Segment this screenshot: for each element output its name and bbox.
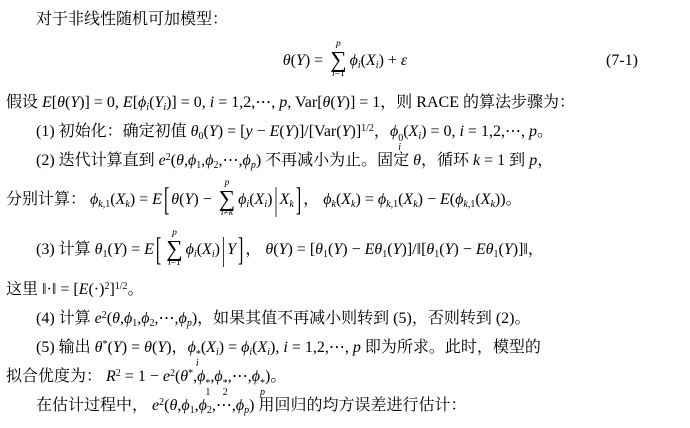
math-run: θ bbox=[95, 241, 103, 258]
math-run: (2) bbox=[496, 310, 515, 327]
math-run: ϕ bbox=[350, 52, 358, 69]
math-run: (X bbox=[249, 191, 264, 208]
math-run: X bbox=[280, 191, 290, 208]
cjk-text: 迭代计算直到 bbox=[59, 152, 159, 169]
math-run: ) + ε bbox=[379, 52, 408, 69]
line-content: (5) 输出 θ*(Y) = θ(Y)，ϕ*i(Xi) = ϕi(Xi), i … bbox=[36, 339, 541, 356]
cjk-text: ， bbox=[537, 152, 553, 169]
math-run: (Y bbox=[149, 94, 163, 111]
text-line: 在估计过程中， e2(θ,ϕ1,ϕ2,⋯,ϕp) 用回归的均方误差进行估计： bbox=[6, 391, 684, 420]
math-run: ,ϕ bbox=[193, 368, 205, 385]
math-run: ) bbox=[267, 191, 272, 208]
math-run: ϕ bbox=[188, 339, 196, 356]
subscript: k,1 bbox=[98, 199, 110, 210]
math-run: ,⋯,ϕ bbox=[219, 152, 251, 169]
math-run: (θ,ϕ bbox=[164, 397, 189, 414]
sigma-glyph: ∑ bbox=[330, 49, 346, 70]
line-content: 对于非线性随机可加模型： bbox=[36, 11, 228, 28]
line-content: 假设 E[θ(Y)] = 0, E[ϕi(Yi)] = 0, i = 1,2,⋯… bbox=[6, 94, 575, 111]
math-run: ,ϕ bbox=[137, 310, 149, 327]
math-run: ,⋯,ϕ bbox=[228, 368, 260, 385]
sigma-glyph: ∑ bbox=[166, 238, 182, 259]
conditional-bar: | bbox=[274, 151, 277, 254]
cjk-text: ，如果其值不再减小则转到 bbox=[197, 310, 393, 327]
math-run: ) − E(ϕ bbox=[418, 191, 464, 208]
math-run: (X bbox=[252, 339, 267, 356]
math-run: (Y)]‖ bbox=[499, 241, 528, 258]
subscript: k bbox=[289, 199, 293, 210]
cjk-text: 分别计算： bbox=[6, 191, 90, 208]
line-content: (2) 迭代计算直到 e2(θ,ϕ1,ϕ2,⋯,ϕp) 不再减小为止。固定 θ，… bbox=[36, 152, 553, 169]
math-run: (θ,ϕ bbox=[107, 310, 132, 327]
math-run: ,ϕ bbox=[210, 368, 222, 385]
math-run: (Y) − Eθ bbox=[439, 241, 493, 258]
math-run: = 1 − e bbox=[121, 368, 170, 385]
cjk-text: 到 bbox=[505, 152, 529, 169]
line-content: 拟合优度为： R2 = 1 − e2(θ*,ϕ*1,ϕ*2,⋯,ϕ*p)。 bbox=[6, 368, 286, 385]
math-run: (Y) − Eθ bbox=[328, 241, 382, 258]
math-run: (θ bbox=[175, 368, 188, 385]
math-run: Y bbox=[227, 241, 236, 258]
text-line: (4) 计算 e2(θ,ϕ1,ϕ2,⋯,ϕp)，如果其值不再减小则转到 (5)，… bbox=[6, 304, 684, 333]
math-run: θ(Y) − bbox=[171, 191, 215, 208]
subscript: k,1 bbox=[463, 199, 475, 210]
cjk-text: ，否则转到 bbox=[412, 310, 496, 327]
cjk-text: ， bbox=[528, 241, 544, 258]
line-content: θ(Y) = p∑i=1ϕi(Xi) + ε bbox=[283, 52, 407, 69]
cjk-text: 初始化：确定初值 bbox=[59, 123, 191, 140]
cjk-text: 用回归的均方误差进行估计： bbox=[254, 397, 466, 414]
math-run: ,⋯,ϕ bbox=[212, 397, 244, 414]
math-run: ,ϕ bbox=[195, 397, 207, 414]
cjk-text: 输出 bbox=[59, 339, 95, 356]
math-run: (X bbox=[475, 191, 490, 208]
math-run: (5) bbox=[36, 339, 59, 356]
subscript: k,1 bbox=[386, 199, 398, 210]
document-root: 对于非线性随机可加模型：θ(Y) = p∑i=1ϕi(Xi) + ε(7-1)假… bbox=[0, 0, 690, 420]
text-line: (1) 初始化：确定初值 θ0(Y) = [y − E(Y)]/[Var(Y)]… bbox=[6, 117, 684, 146]
math-run: k = 1 bbox=[473, 152, 505, 169]
text-line: 假设 E[θ(Y)] = 0, E[ϕi(Yi)] = 0, i = 1,2,⋯… bbox=[6, 88, 684, 117]
cjk-text: 即为所求。此时，模型的 bbox=[361, 339, 541, 356]
math-run: ‖·‖ = [E(·) bbox=[42, 281, 104, 298]
text-line: (5) 输出 θ*(Y) = θ(Y)，ϕ*i(Xi) = ϕi(Xi), i … bbox=[6, 333, 684, 362]
summation-symbol: p∑i=1 bbox=[330, 40, 346, 79]
text-line: (3) 计算 θ1(Y) = E[p∑i=1ϕi(Xi)|Y]， θ(Y) = … bbox=[6, 225, 684, 275]
cjk-text: 。 bbox=[506, 191, 522, 208]
math-run: (X bbox=[361, 52, 376, 69]
math-run: (3) bbox=[36, 241, 59, 258]
cjk-text: 。 bbox=[514, 310, 530, 327]
cjk-text: 。 bbox=[537, 123, 553, 140]
math-run: R bbox=[106, 368, 116, 385]
big-bracket: [ bbox=[156, 201, 161, 304]
math-run: (Y) = [y − E(Y)]/[Var(Y)] bbox=[204, 123, 362, 140]
math-run: ϕ bbox=[186, 241, 194, 258]
cjk-text: ，则 RACE 的算法步骤为： bbox=[380, 94, 575, 111]
math-run: (Y) = θ(Y) bbox=[108, 339, 172, 356]
math-run: ) = ϕ bbox=[219, 339, 250, 356]
math-run: ) = 0, i = 1,2,⋯, p bbox=[421, 123, 537, 140]
math-run: θ bbox=[413, 152, 421, 169]
display-equation: θ(Y) = p∑i=1ϕi(Xi) + ε(7-1) bbox=[6, 34, 684, 88]
math-run: (1) bbox=[36, 123, 59, 140]
cjk-text: 计算 bbox=[59, 241, 95, 258]
cjk-text: 拟合优度为： bbox=[6, 368, 106, 385]
cjk-text: ，循环 bbox=[421, 152, 473, 169]
text-line: 分别计算： ϕk,1(Xk) = E[θ(Y) − p∑i≠kϕi(Xi)|Xk… bbox=[6, 175, 684, 225]
cjk-text: 计算 bbox=[59, 310, 95, 327]
math-run: ,⋯,ϕ bbox=[155, 310, 187, 327]
cjk-text: 在估计过程中， bbox=[36, 397, 152, 414]
cjk-text: 对于非线性随机可加模型： bbox=[36, 11, 228, 28]
superscript: 1/2 bbox=[115, 281, 128, 292]
math-run: θ(Y) = bbox=[283, 52, 327, 69]
math-run: (X bbox=[201, 339, 216, 356]
math-run: (5) bbox=[393, 310, 412, 327]
math-run: θ bbox=[95, 339, 103, 356]
cjk-text: 。 bbox=[128, 281, 144, 298]
math-run: p bbox=[529, 152, 537, 169]
cjk-text: 假设 bbox=[6, 94, 42, 111]
line-content: (1) 初始化：确定初值 θ0(Y) = [y − E(Y)]/[Var(Y)]… bbox=[36, 123, 553, 140]
text-line: (2) 迭代计算直到 e2(θ,ϕ1,ϕ2,⋯,ϕp) 不再减小为止。固定 θ，… bbox=[6, 146, 684, 175]
math-run: )) bbox=[495, 191, 506, 208]
line-content: (4) 计算 e2(θ,ϕ1,ϕ2,⋯,ϕp)，如果其值不再减小则转到 (5)，… bbox=[36, 310, 531, 327]
math-run: (4) bbox=[36, 310, 59, 327]
math-run: (Y) = E bbox=[108, 241, 154, 258]
cjk-text: ， bbox=[172, 339, 188, 356]
math-run: ), i = 1,2,⋯, p bbox=[270, 339, 361, 356]
math-run: ϕ bbox=[390, 123, 398, 140]
text-line: 对于非线性随机可加模型： bbox=[6, 5, 684, 34]
cjk-text: ， bbox=[303, 191, 323, 208]
math-run: θ bbox=[191, 123, 199, 140]
cjk-text: 不再减小为止。固定 bbox=[261, 152, 413, 169]
cjk-text: 这里 bbox=[6, 281, 42, 298]
math-run: ) bbox=[215, 241, 220, 258]
math-run: (X bbox=[398, 191, 413, 208]
math-run: (Y)]/‖[θ bbox=[387, 241, 434, 258]
math-run: ) = ϕ bbox=[356, 191, 387, 208]
equation-number: (7-1) bbox=[606, 34, 638, 88]
math-run: (X bbox=[403, 123, 418, 140]
line-content: 分别计算： ϕk,1(Xk) = E[θ(Y) − p∑i≠kϕi(Xi)|Xk… bbox=[6, 191, 522, 208]
math-run: e bbox=[95, 310, 102, 327]
big-bracket: ] bbox=[296, 151, 301, 254]
math-run: (2) bbox=[36, 152, 59, 169]
text-line: 拟合优度为： R2 = 1 − e2(θ*,ϕ*1,ϕ*2,⋯,ϕ*p)。 bbox=[6, 362, 684, 391]
math-run: )] = 0, i = 1,2,⋯, p, Var[θ(Y)] = 1 bbox=[166, 94, 380, 111]
math-run: E[θ(Y)] = 0, E[ϕ bbox=[42, 94, 146, 111]
big-bracket: ] bbox=[238, 201, 243, 304]
line-content: 这里 ‖·‖ = [E(·)2]1/2。 bbox=[6, 281, 144, 298]
cjk-text: ， bbox=[245, 241, 265, 258]
cjk-text: ， bbox=[374, 123, 390, 140]
math-run: (θ,ϕ bbox=[171, 152, 196, 169]
line-content: 在估计过程中， e2(θ,ϕ1,ϕ2,⋯,ϕp) 用回归的均方误差进行估计： bbox=[36, 397, 467, 414]
cjk-text: 。 bbox=[270, 368, 286, 385]
superscript: 1/2 bbox=[361, 123, 374, 134]
summation-symbol: p∑i=1 bbox=[166, 229, 182, 268]
math-run: (X bbox=[197, 241, 212, 258]
text-line: 这里 ‖·‖ = [E(·)2]1/2。 bbox=[6, 275, 684, 304]
math-run: ,ϕ bbox=[201, 152, 213, 169]
math-run: (X bbox=[336, 191, 351, 208]
conditional-bar: | bbox=[222, 201, 225, 304]
math-run: (X bbox=[110, 191, 125, 208]
line-content: (3) 计算 θ1(Y) = E[p∑i=1ϕi(Xi)|Y]， θ(Y) = … bbox=[36, 241, 544, 258]
